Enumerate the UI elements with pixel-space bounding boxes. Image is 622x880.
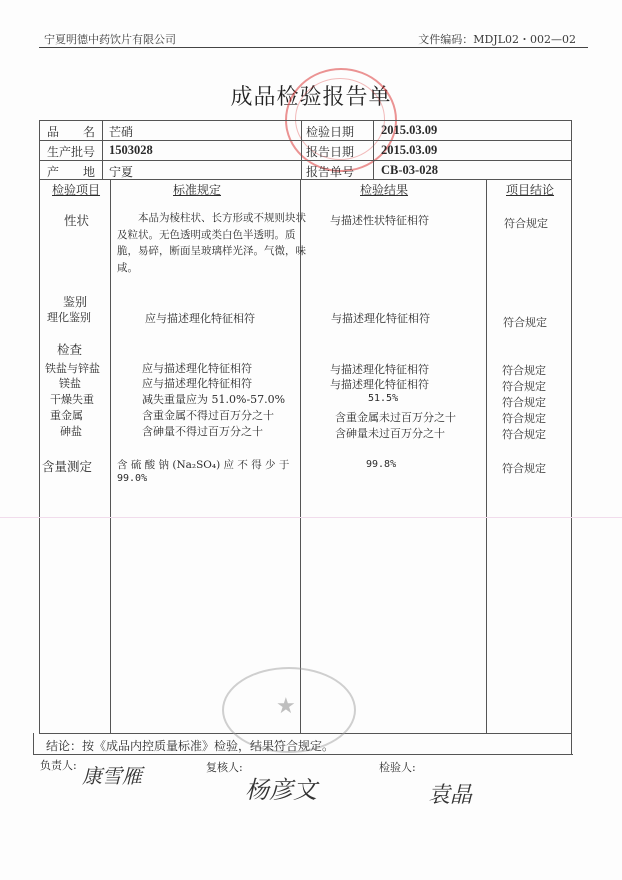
check-conclusion: 符合规定	[502, 426, 546, 442]
item-appearance: 性状	[64, 211, 89, 229]
company-name: 宁夏明德中药饮片有限公司	[44, 31, 176, 47]
check-item: 重金属	[50, 407, 83, 423]
conclusion-appearance: 符合规定	[504, 215, 548, 231]
product-name-value: 芒硝	[109, 123, 133, 140]
inspect-date-label: 检验日期	[306, 123, 354, 140]
column-header-conclusion: 项目结论	[506, 181, 554, 198]
check-item: 砷盐	[60, 423, 82, 439]
responsible-signature: 康雪雁	[82, 760, 142, 789]
column-header-item: 检验项目	[52, 181, 100, 198]
origin-label: 产 地	[47, 163, 95, 180]
report-date-value: 2015.03.09	[381, 143, 437, 158]
report-date-label: 报告日期	[306, 143, 354, 160]
check-conclusion: 符合规定	[502, 362, 546, 378]
check-result: 与描述理化特征相符	[330, 361, 429, 377]
section-identification: 鉴别	[63, 293, 87, 310]
reviewer-signature: 杨彦文	[245, 770, 317, 805]
check-result: 与描述理化特征相符	[330, 376, 429, 392]
column-header-standard: 标准规定	[173, 181, 221, 198]
column-header-result: 检验结果	[360, 181, 408, 198]
inspector-signature: 袁晶	[428, 778, 472, 809]
report-number-label: 报告单号	[306, 163, 354, 180]
check-item: 镁盐	[59, 375, 81, 391]
check-standard: 减失重量应为 51.0%-57.0%	[142, 391, 285, 407]
result-appearance: 与描述性状特征相符	[330, 212, 429, 228]
check-conclusion: 符合规定	[502, 410, 546, 426]
check-item: 铁盐与锌盐	[45, 360, 100, 376]
report-number-value: CB-03-028	[381, 163, 438, 178]
header-divider	[39, 47, 588, 48]
scan-artifact-line	[0, 517, 622, 518]
result-assay: 99.8%	[366, 459, 396, 470]
section-checks: 检查	[57, 340, 82, 358]
check-standard: 应与描述理化特征相符	[142, 360, 252, 376]
origin-value: 宁夏	[109, 163, 133, 180]
standard-identification: 应与描述理化特征相符	[145, 310, 255, 326]
reviewer-label: 复核人:	[206, 759, 243, 775]
product-name-label: 品 名	[47, 123, 95, 140]
batch-value: 1503028	[109, 143, 153, 158]
responsible-label: 负责人:	[40, 757, 77, 773]
batch-label: 生产批号	[47, 143, 95, 160]
conclusion-assay: 符合规定	[502, 460, 546, 476]
result-identification: 与描述理化特征相符	[331, 310, 430, 326]
check-standard: 应与描述理化特征相符	[142, 375, 252, 391]
check-item: 干燥失重	[50, 391, 94, 407]
item-identification: 理化鉴别	[47, 309, 91, 325]
standard-assay-line1: 含 硫 酸 钠 (Na₂SO₄) 应 不 得 少 于	[117, 457, 289, 472]
check-result: 含砷量未过百万分之十	[335, 425, 445, 441]
check-conclusion: 符合规定	[502, 378, 546, 394]
report-conclusion: 结论：按《成品内控质量标准》检验，结果符合规定。	[46, 737, 334, 754]
star-icon: ★	[276, 694, 296, 719]
check-result: 含重金属未过百万分之十	[335, 409, 456, 425]
item-assay: 含量测定	[42, 457, 92, 475]
conclusion-identification: 符合规定	[503, 314, 547, 330]
inspector-label: 检验人:	[379, 759, 416, 775]
check-standard: 含砷量不得过百万分之十	[142, 423, 263, 439]
standard-assay-line2: 99.0%	[117, 473, 147, 484]
check-standard: 含重金属不得过百万分之十	[142, 407, 274, 423]
document-code: 文件编码：MDJL02・002—02	[418, 31, 576, 47]
check-result: 51.5%	[368, 393, 398, 404]
standard-appearance: 本品为棱柱状、长方形或不规则块状及粒状。无色透明或类白色半透明。质脆，易碎，断面…	[117, 210, 307, 276]
inspect-date-value: 2015.03.09	[381, 123, 437, 138]
check-conclusion: 符合规定	[502, 394, 546, 410]
